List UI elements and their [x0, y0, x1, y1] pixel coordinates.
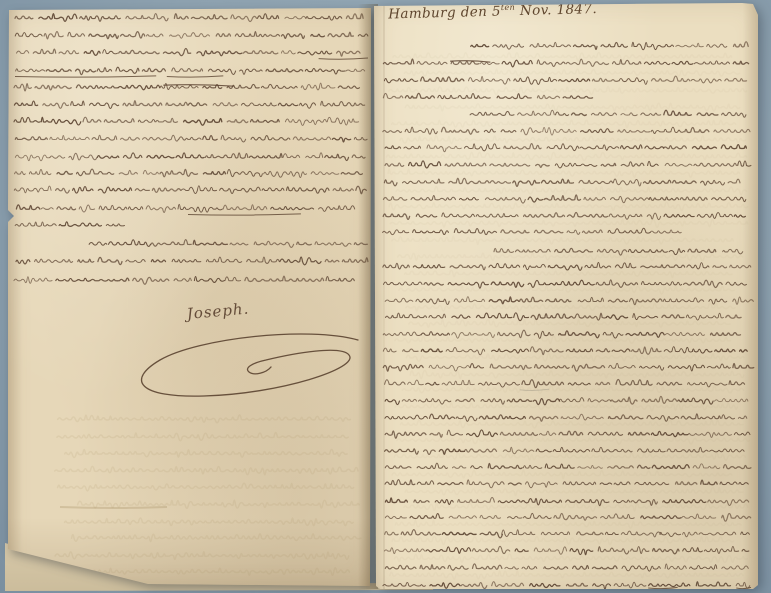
- handwriting-right-page: [374, 3, 758, 589]
- letter-page-right: Hamburg den 5ten Nov. 1847.: [0, 0, 771, 593]
- right-page-paper: Hamburg den 5ten Nov. 1847.: [374, 3, 758, 589]
- page-seam-shadow: [358, 4, 378, 589]
- left-page-paper: Joseph.: [8, 8, 372, 587]
- signature-name: Joseph.: [186, 300, 250, 323]
- letter-page-left: Joseph.: [0, 0, 771, 593]
- dateline-superscript: ten: [501, 3, 516, 12]
- letter-photograph: Joseph. Hamburg den 5ten Nov. 1847.: [0, 0, 771, 593]
- dateline-prefix: Hamburg den 5: [388, 4, 501, 23]
- dateline-suffix: Nov. 1847.: [515, 1, 597, 19]
- dateline: Hamburg den 5ten Nov. 1847.: [388, 1, 597, 23]
- signature-flourish: [142, 334, 358, 396]
- handwriting-left-page: [8, 8, 372, 587]
